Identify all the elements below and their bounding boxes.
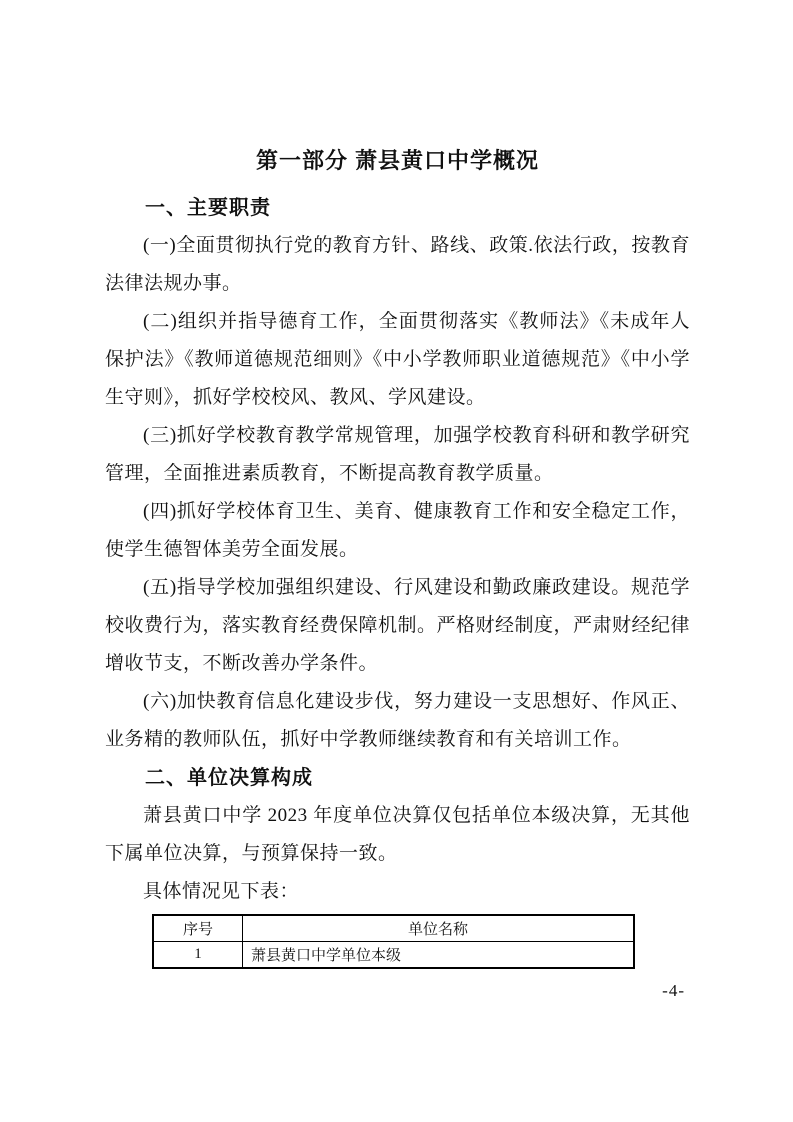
page-number: -4- bbox=[662, 981, 685, 1001]
table-row: 1 萧县黄口中学单位本级 bbox=[153, 942, 634, 969]
table-header: 序号 单位名称 bbox=[153, 915, 634, 942]
table-header-row: 序号 单位名称 bbox=[153, 915, 634, 942]
column-header-index: 序号 bbox=[153, 915, 243, 942]
document-page: 第一部分 萧县黄口中学概况 一、主要职责 (一)全面贯彻执行党的教育方针、路线、… bbox=[0, 0, 793, 1122]
cell-unit-name: 萧县黄口中学单位本级 bbox=[243, 942, 635, 969]
page-title: 第一部分 萧县黄口中学概况 bbox=[105, 142, 690, 180]
paragraph-composition: 萧县黄口中学 2023 年度单位决算仅包括单位本级决算，无其他下属单位决算，与预… bbox=[105, 797, 690, 873]
paragraph-duty-3: (三)抓好学校教育教学常规管理，加强学校教育科研和教学研究管理，全面推进素质教育… bbox=[105, 417, 690, 493]
section-1-heading: 一、主要职责 bbox=[105, 189, 690, 227]
paragraph-duty-1: (一)全面贯彻执行党的教育方针、路线、政策.依法行政，按教育法律法规办事。 bbox=[105, 227, 690, 303]
section-2-heading: 二、单位决算构成 bbox=[105, 759, 690, 797]
unit-composition-table: 序号 单位名称 1 萧县黄口中学单位本级 bbox=[152, 914, 635, 969]
table-body: 1 萧县黄口中学单位本级 bbox=[153, 942, 634, 969]
paragraph-duty-4: (四)抓好学校体育卫生、美育、健康教育工作和安全稳定工作，使学生德智体美劳全面发… bbox=[105, 493, 690, 569]
column-header-unit-name: 单位名称 bbox=[243, 915, 635, 942]
cell-row-index: 1 bbox=[153, 942, 243, 969]
paragraph-duty-2: (二)组织并指导德育工作，全面贯彻落实《教师法》《未成年人保护法》《教师道德规范… bbox=[105, 303, 690, 417]
paragraph-duty-6: (六)加快教育信息化建设步伐，努力建设一支思想好、作风正、业务精的教师队伍，抓好… bbox=[105, 683, 690, 759]
paragraph-duty-5: (五)指导学校加强组织建设、行风建设和勤政廉政建设。规范学校收费行为，落实教育经… bbox=[105, 569, 690, 683]
paragraph-table-intro: 具体情况见下表： bbox=[105, 873, 690, 911]
